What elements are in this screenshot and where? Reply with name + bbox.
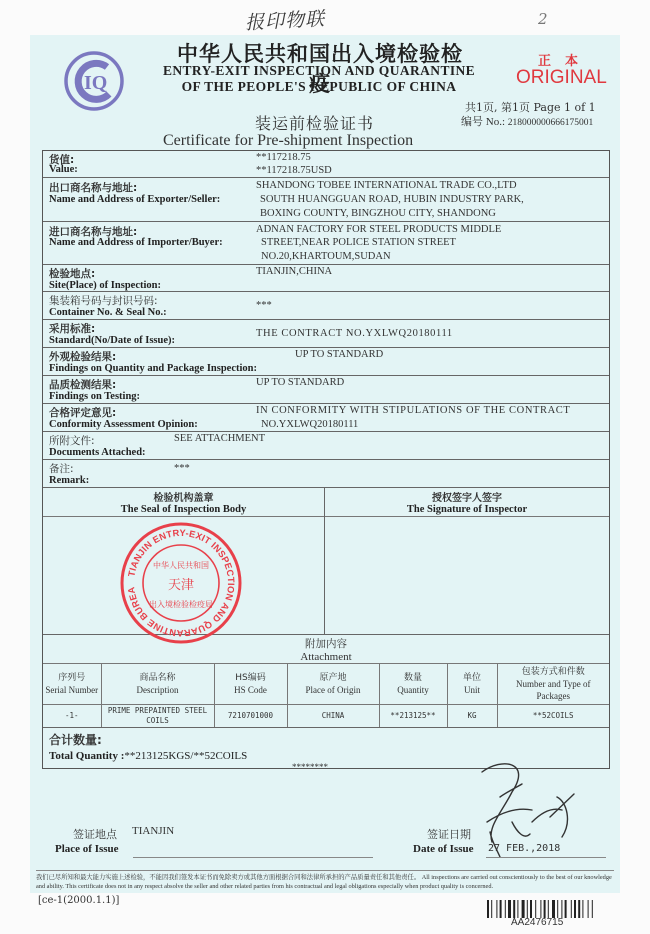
field-label-cn: 外观检验结果: bbox=[49, 349, 116, 364]
field-label-en: Name and Address of Importer/Buyer: bbox=[49, 237, 223, 248]
importer-line-2: STREET,NEAR POLICE STATION STREET bbox=[261, 237, 456, 248]
svg-text:天津: 天津 bbox=[168, 577, 194, 593]
exporter-line-1: SHANDONG TOBEE INTERNATIONAL TRADE CO.,L… bbox=[256, 180, 517, 191]
form-code: [ce-1(2000.1.1)] bbox=[38, 895, 119, 906]
field-importer: 进口商名称与地址: Name and Address of Importer/B… bbox=[43, 222, 609, 265]
seal-label-en: The Seal of Inspection Body bbox=[43, 504, 324, 515]
field-label-cn: 合格评定意见: bbox=[49, 405, 116, 420]
field-label-en: Remark: bbox=[49, 475, 89, 486]
signature-header: 授权签字人签字 The Signature of Inspector bbox=[325, 488, 609, 517]
conformity-line-2: NO.YXLWQ20180111 bbox=[261, 419, 358, 430]
date-of-issue-value: 27 FEB.,2018 bbox=[488, 843, 560, 854]
field-label-cn: 品质检测结果: bbox=[49, 377, 116, 392]
certificate-form: 货值: Value: **117218.75 **117218.75USD 出口… bbox=[42, 150, 610, 769]
conformity-line-1: IN CONFORMITY WITH STIPULATIONS OF THE C… bbox=[256, 405, 570, 416]
field-label-en: Container No. & Seal No.: bbox=[49, 307, 167, 318]
attachment-header-row: 序列号Serial Number 商品名称Description HS编码HS … bbox=[43, 664, 609, 705]
exporter-line-2: SOUTH HUANGGUAN ROAD, HUBIN INDUSTRY PAR… bbox=[260, 194, 524, 205]
field-label-en: Findings on Testing: bbox=[49, 391, 140, 402]
importer-line-3: NO.20,KHARTOUM,SUDAN bbox=[261, 251, 391, 262]
barcode-number: AA2476715 bbox=[511, 917, 563, 928]
copy-type-en: ORIGINAL bbox=[516, 67, 607, 89]
field-standard: 采用标准: Standard(No/Date of Issue): THE CO… bbox=[43, 320, 609, 348]
official-seal-stamp-icon: TIANJIN ENTRY-EXIT INSPECTION AND QUARAN… bbox=[119, 521, 243, 645]
seal-label-cn: 检验机构盖章 bbox=[43, 488, 324, 504]
place-of-issue-value: TIANJIN bbox=[132, 825, 174, 837]
field-label-en: Standard(No/Date of Issue): bbox=[49, 335, 175, 346]
date-of-issue-label-cn: 签证日期 bbox=[427, 826, 471, 842]
cell-unit: KG bbox=[447, 705, 497, 728]
ciq-logo-icon: IQ bbox=[63, 50, 125, 112]
col-unit: 单位Unit bbox=[447, 664, 497, 705]
findings-testing-value: UP TO STANDARD bbox=[256, 377, 344, 388]
field-container: 集装箱号码与封识号码: Container No. & Seal No.: **… bbox=[43, 292, 609, 320]
col-quantity: 数量Quantity bbox=[379, 664, 447, 705]
field-findings-quantity: 外观检验结果: Findings on Quantity and Package… bbox=[43, 348, 609, 376]
col-packages: 包装方式和件数Number and Type of Packages bbox=[497, 664, 609, 705]
document-title-en: Certificate for Pre-shipment Inspection bbox=[163, 132, 413, 150]
signature-box: 授权签字人签字 The Signature of Inspector bbox=[325, 488, 609, 634]
seal-signature-section: 检验机构盖章 The Seal of Inspection Body TIANJ… bbox=[43, 488, 609, 635]
svg-text:IQ: IQ bbox=[84, 72, 107, 94]
document-title-cn: 装运前检验证书 bbox=[255, 111, 374, 134]
seal-box: 检验机构盖章 The Seal of Inspection Body TIANJ… bbox=[43, 488, 325, 634]
handwritten-page-number: 2 bbox=[538, 10, 549, 28]
field-label-cn: 检验地点: bbox=[49, 266, 95, 281]
place-of-issue-label-en: Place of Issue bbox=[55, 843, 119, 855]
total-label-cn: 合计数量: bbox=[49, 731, 102, 748]
date-of-issue-line bbox=[486, 857, 606, 858]
field-label-cn: 采用标准: bbox=[49, 321, 95, 336]
col-hs-code: HS编码HS Code bbox=[214, 664, 287, 705]
cell-packages: **52COILS bbox=[497, 705, 609, 728]
cell-serial: -1- bbox=[43, 705, 101, 728]
signature-label-en: The Signature of Inspector bbox=[325, 504, 609, 515]
footer-divider bbox=[36, 870, 614, 871]
handwritten-note: 报印物联 bbox=[244, 4, 325, 35]
place-of-issue-line bbox=[133, 857, 373, 858]
attachment-title: 附加内容 Attachment bbox=[43, 635, 609, 664]
certificate-number-value: 218000000666175001 bbox=[508, 118, 594, 128]
field-label-en: Findings on Quantity and Package Inspect… bbox=[49, 363, 257, 374]
cell-origin: CHINA bbox=[287, 705, 379, 728]
field-documents: 所附文件: Documents Attached: SEE ATTACHMENT bbox=[43, 432, 609, 460]
field-label-en: Name and Address of Exporter/Seller: bbox=[49, 194, 220, 205]
field-label-en: Conformity Assessment Opinion: bbox=[49, 419, 198, 430]
attachment-table: 序列号Serial Number 商品名称Description HS编码HS … bbox=[43, 664, 609, 727]
field-exporter: 出口商名称与地址: Name and Address of Exporter/S… bbox=[43, 178, 609, 222]
attachment-title-en: Attachment bbox=[43, 651, 609, 663]
field-label-en: Value: bbox=[49, 164, 78, 175]
seal-header: 检验机构盖章 The Seal of Inspection Body bbox=[43, 488, 324, 517]
value-line-2: **117218.75USD bbox=[256, 165, 332, 176]
cell-description: PRIME PREPAINTED STEEL COILS bbox=[101, 705, 214, 728]
documents-value: SEE ATTACHMENT bbox=[174, 433, 265, 444]
exporter-line-3: BOXING COUNTY, BINGZHOU CITY, SHANDONG bbox=[260, 208, 496, 219]
certificate-number: 编号 No.: 218000000666175001 bbox=[461, 113, 593, 129]
authority-name-en-line2: OF THE PEOPLE'S REPUBLIC OF CHINA bbox=[138, 79, 500, 95]
field-conformity: 合格评定意见: Conformity Assessment Opinion: I… bbox=[43, 404, 609, 432]
attachment-title-cn: 附加内容 bbox=[43, 635, 609, 651]
col-serial: 序列号Serial Number bbox=[43, 664, 101, 705]
field-label-cn: 备注: bbox=[49, 461, 74, 476]
field-findings-testing: 品质检测结果: Findings on Testing: UP TO STAND… bbox=[43, 376, 609, 404]
legal-disclaimer: 我们已尽所知和最大能力实施上述检验，不能因我们签发本证书而免除卖方或其他方面根据… bbox=[36, 873, 616, 891]
field-remark: 备注: Remark: *** bbox=[43, 460, 609, 488]
standard-value: THE CONTRACT NO.YXLWQ20180111 bbox=[256, 328, 453, 339]
cell-hs-code: 7210701000 bbox=[214, 705, 287, 728]
site-value: TIANJIN,CHINA bbox=[256, 266, 332, 277]
total-value: **213125KGS/**52COILS bbox=[124, 750, 247, 762]
cell-quantity: **213125** bbox=[379, 705, 447, 728]
value-line-1: **117218.75 bbox=[256, 152, 311, 163]
svg-text:中华人民共和国: 中华人民共和国 bbox=[153, 560, 209, 570]
signature-label-cn: 授权签字人签字 bbox=[325, 488, 609, 504]
certificate-number-label: 编号 No.: bbox=[461, 116, 505, 128]
col-description: 商品名称Description bbox=[101, 664, 214, 705]
barcode-icon bbox=[487, 900, 613, 918]
total-label-en: Total Quantity :**213125KGS/**52COILS bbox=[49, 750, 247, 762]
container-value: *** bbox=[256, 300, 272, 311]
place-of-issue-label-cn: 签证地点 bbox=[73, 826, 117, 842]
field-label-cn: 出口商名称与地址: bbox=[49, 180, 137, 195]
disclaimer-cn: 我们已尽所知和最大能力实施上述检验，不能因我们签发本证书而免除卖方或其他方面根据… bbox=[36, 874, 420, 881]
col-origin: 原产地Place of Origin bbox=[287, 664, 379, 705]
field-label-en: Site(Place) of Inspection: bbox=[49, 280, 161, 291]
findings-quantity-value: UP TO STANDARD bbox=[295, 349, 383, 360]
authority-name-en-line1: ENTRY-EXIT INSPECTION AND QUARANTINE bbox=[138, 63, 500, 79]
end-separator: ******** bbox=[292, 762, 328, 772]
remark-value: *** bbox=[174, 463, 190, 474]
svg-text:出入境检验检疫局: 出入境检验检疫局 bbox=[149, 599, 213, 609]
importer-line-1: ADNAN FACTORY FOR STEEL PRODUCTS MIDDLE bbox=[256, 224, 501, 235]
date-of-issue-label-en: Date of Issue bbox=[413, 843, 474, 855]
field-site: 检验地点: Site(Place) of Inspection: TIANJIN… bbox=[43, 265, 609, 292]
field-value: 货值: Value: **117218.75 **117218.75USD bbox=[43, 151, 609, 178]
table-row: -1- PRIME PREPAINTED STEEL COILS 7210701… bbox=[43, 705, 609, 728]
attachment-section: 附加内容 Attachment 序列号Serial Number 商品名称Des… bbox=[43, 635, 609, 728]
field-label-cn: 所附文件: bbox=[49, 433, 95, 448]
field-label-en: Documents Attached: bbox=[49, 447, 146, 458]
field-label-cn: 集装箱号码与封识号码: bbox=[49, 293, 158, 308]
